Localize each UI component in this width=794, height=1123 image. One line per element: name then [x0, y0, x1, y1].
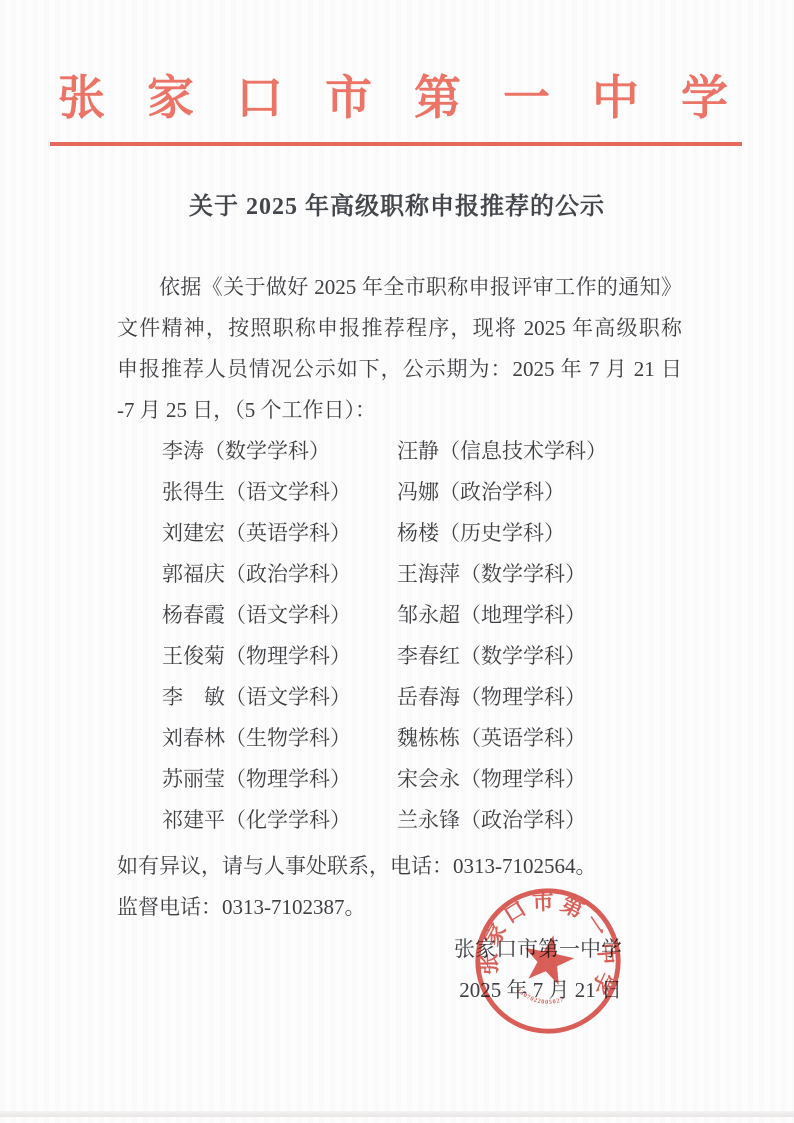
roster-row: 李 敏（语文学科） 岳春海（物理学科） — [117, 677, 717, 718]
roster-row: 张得生（语文学科） 冯娜（政治学科） — [117, 472, 717, 513]
roster-row: 王俊菊（物理学科） 李春红（数学学科） — [117, 636, 717, 677]
paragraph-line: 文件精神，按照职称申报推荐程序，现将 2025 年高级职称 — [117, 308, 682, 349]
candidate-entry: 冯娜（政治学科） — [397, 472, 565, 513]
letterhead-rule — [50, 142, 742, 146]
candidate-entry: 王海萍（数学学科） — [397, 554, 586, 595]
candidate-entry: 岳春海（物理学科） — [397, 677, 586, 718]
official-seal-stamp: 张家口市第一中学 1307022005027 — [470, 883, 626, 1039]
paragraph-line: 依据《关于做好 2025 年全市职称申报评审工作的通知》 — [117, 267, 682, 308]
candidate-entry: 李 敏（语文学科） — [117, 677, 397, 718]
roster-row: 苏丽莹（物理学科） 宋会永（物理学科） — [117, 759, 717, 800]
roster-row: 李涛（数学学科） 汪静（信息技术学科） — [117, 431, 717, 472]
candidate-entry: 张得生（语文学科） — [117, 472, 397, 513]
roster-row: 杨春霞（语文学科） 邹永超（地理学科） — [117, 595, 717, 636]
roster-row: 刘春林（生物学科） 魏栋栋（英语学科） — [117, 718, 717, 759]
paragraph-line: 申报推荐人员情况公示如下，公示期为：2025 年 7 月 21 日 — [117, 349, 682, 390]
candidate-entry: 苏丽莹（物理学科） — [117, 759, 397, 800]
contact-info: 如有异议，请与人事处联系，电话：0313-7102564。 监督电话：0313-… — [117, 846, 717, 928]
candidate-entry: 刘春林（生物学科） — [117, 718, 397, 759]
candidate-entry: 汪静（信息技术学科） — [397, 431, 607, 472]
candidate-entry: 杨楼（历史学科） — [397, 513, 565, 554]
candidate-entry: 兰永锋（政治学科） — [397, 800, 586, 841]
roster-row: 刘建宏（英语学科） 杨楼（历史学科） — [117, 513, 717, 554]
candidate-entry: 王俊菊（物理学科） — [117, 636, 397, 677]
scan-edge-shadow — [0, 1111, 794, 1117]
candidate-entry: 宋会永（物理学科） — [397, 759, 586, 800]
announcement-paragraph: 依据《关于做好 2025 年全市职称申报评审工作的通知》 文件精神，按照职称申报… — [117, 267, 682, 431]
candidate-entry: 祁建平（化学学科） — [117, 800, 397, 841]
candidate-entry: 邹永超（地理学科） — [397, 595, 586, 636]
candidate-entry: 李春红（数学学科） — [397, 636, 586, 677]
svg-text:1307022005027: 1307022005027 — [514, 986, 567, 1010]
announcement-document-page: 张家口市第一中学 关于 2025 年高级职称申报推荐的公示 依据《关于做好 20… — [0, 0, 794, 1123]
supervision-line: 监督电话：0313-7102387。 — [117, 887, 717, 928]
candidate-entry: 刘建宏（英语学科） — [117, 513, 397, 554]
seal-star-icon — [519, 930, 578, 987]
seal-serial-number: 1307022005027 — [514, 986, 567, 1010]
candidate-entry: 李涛（数学学科） — [117, 431, 397, 472]
objection-line: 如有异议，请与人事处联系，电话：0313-7102564。 — [117, 846, 717, 887]
document-title: 关于 2025 年高级职称申报推荐的公示 — [0, 186, 794, 221]
candidate-entry: 郭福庆（政治学科） — [117, 554, 397, 595]
paragraph-line: -7 月 25 日，（5 个工作日）： — [117, 390, 682, 431]
candidate-entry: 魏栋栋（英语学科） — [397, 718, 586, 759]
roster-row: 郭福庆（政治学科） 王海萍（数学学科） — [117, 554, 717, 595]
candidate-entry: 杨春霞（语文学科） — [117, 595, 397, 636]
roster-row: 祁建平（化学学科） 兰永锋（政治学科） — [117, 800, 717, 841]
letterhead-title: 张家口市第一中学 — [58, 76, 770, 123]
candidate-roster: 李涛（数学学科） 汪静（信息技术学科） 张得生（语文学科） 冯娜（政治学科） 刘… — [117, 431, 717, 841]
